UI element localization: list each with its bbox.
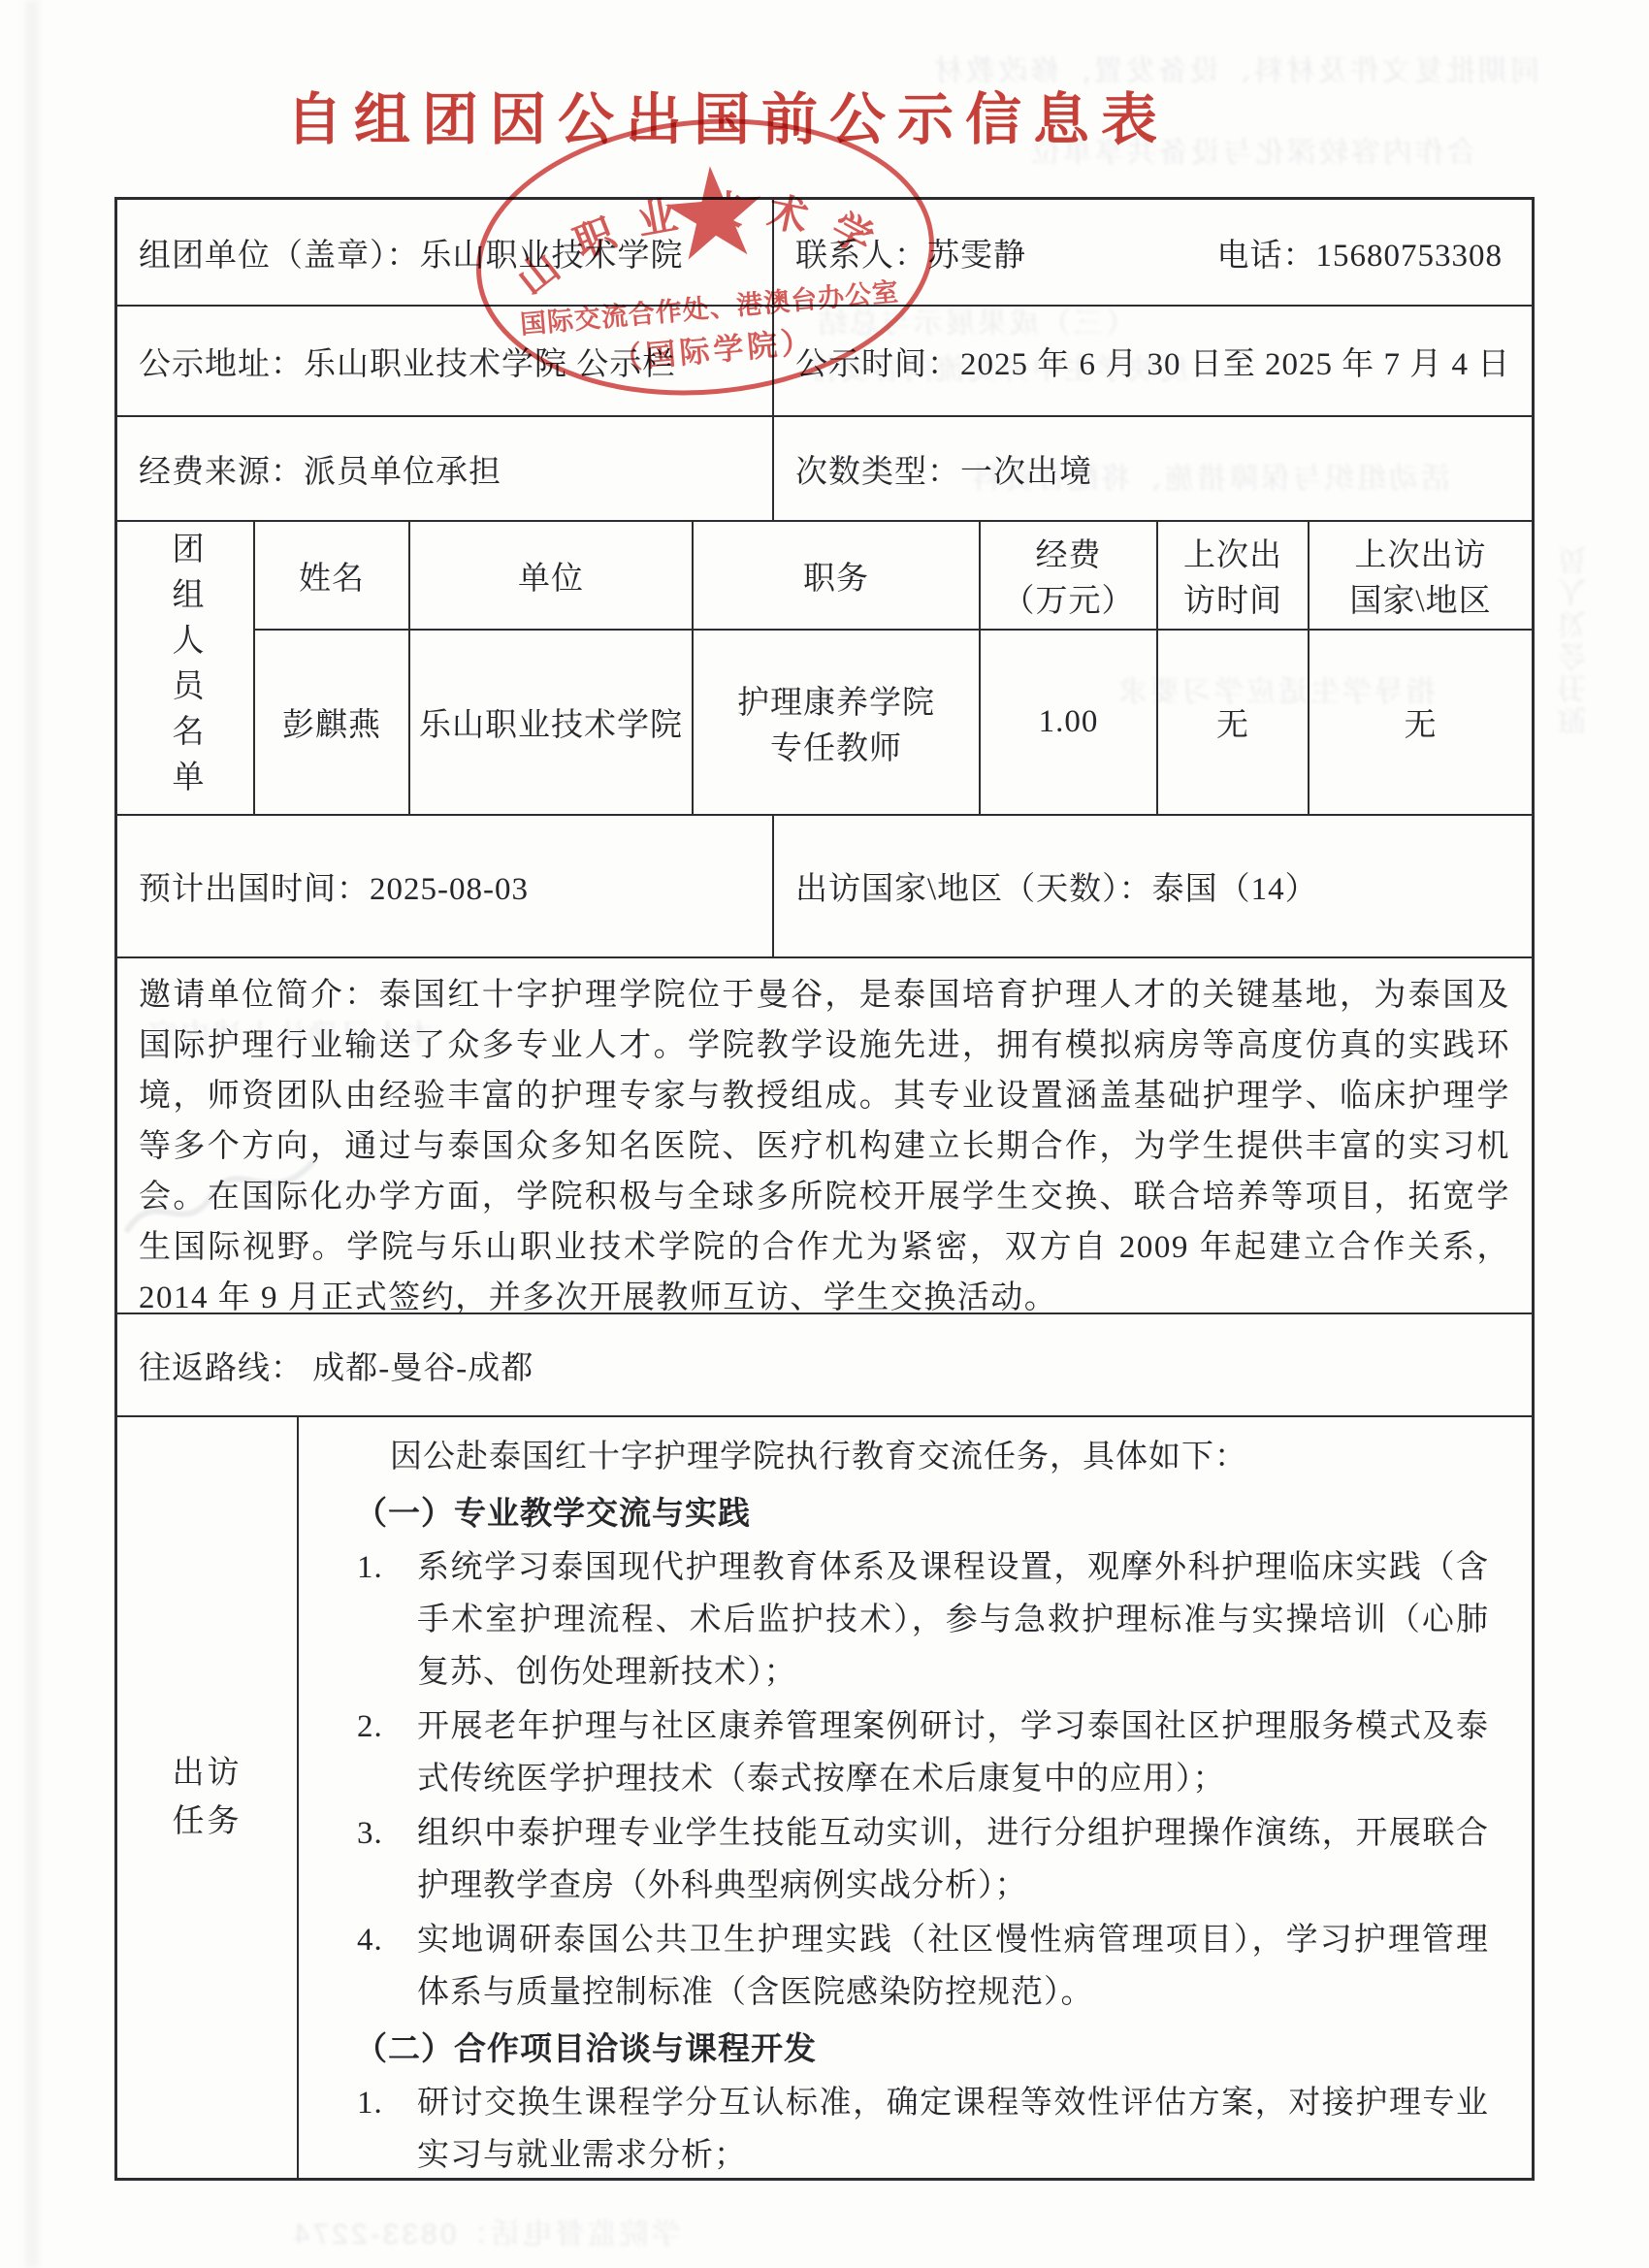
task-item-number: 1. (351, 2077, 417, 2178)
cell-last-visit: 无 (1158, 631, 1309, 814)
task-item: 1. 研讨交换生课程学分互认标准，确定课程等效性评估方案，对接护理专业实习与就业… (351, 2077, 1489, 2178)
task-item-number: 3. (351, 1807, 417, 1912)
task-item-text: 系统学习泰国现代护理教育体系及课程设置，观摩外科护理临床实践（含手术室护理流程、… (417, 1541, 1489, 1699)
depart-time-cell: 预计出国时间：2025-08-03 (117, 816, 774, 956)
tasks-intro: 因公赴泰国红十字护理学院执行教育交流任务，具体如下： (390, 1431, 1489, 1483)
task-item-number: 2. (351, 1701, 417, 1805)
task-item-number: 4. (351, 1914, 417, 2019)
publicity-address-text: 公示地址：乐山职业技术学院 公示栏 (139, 339, 675, 384)
tasks-section-heading: （二）合作项目洽谈与课程开发 (355, 2023, 1489, 2075)
inviter-intro-row: 邀请单位简介：泰国红十字护理学院位于曼谷，是泰国培育护理人才的关键基地，为泰国及… (117, 958, 1532, 1314)
publicity-time-cell: 公示时间：2025 年 6 月 30 日至 2025 年 7 月 4 日 (774, 307, 1532, 415)
team-row-label: 团组人员名单 (117, 522, 255, 814)
bleedthrough-text: 现任会议人员 (1546, 543, 1589, 735)
cell-name: 彭麒燕 (255, 631, 410, 814)
header-unit: 单位 (410, 522, 694, 629)
tasks-row-label: 出访任务 (117, 1417, 299, 2178)
task-item: 1. 系统学习泰国现代护理教育体系及课程设置，观摩外科护理临床实践（含手术室护理… (351, 1541, 1489, 1699)
contact-cell: 联系人：苏雯静 电话：15680753308 (774, 200, 1532, 305)
team-columns: 姓名 单位 职务 经费 （万元） 上次出 访时间 上次出访 国家\地区 彭麒燕 … (255, 522, 1532, 814)
task-item: 2. 开展老年护理与社区康养管理案例研讨，学习泰国社区护理服务模式及泰式传统医学… (351, 1701, 1489, 1805)
destination-cell: 出访国家\地区（天数）：泰国（14） (774, 816, 1532, 956)
tasks-row: 出访任务 因公赴泰国红十字护理学院执行教育交流任务，具体如下： （一）专业教学交… (117, 1417, 1532, 2178)
org-unit-cell: 组团单位（盖章）：乐山职业技术学院 (117, 200, 774, 305)
publicity-address-cell: 公示地址：乐山职业技术学院 公示栏 (117, 307, 774, 415)
scanned-document-page: 同期批复文件及材料、设备发置，修改教材 合作内容较深化与设备共享单位 （三）成果… (0, 0, 1649, 2268)
table-row: 经费来源：派员单位承担 次数类型：一次出境 (117, 417, 1532, 522)
cell-unit: 乐山职业技术学院 (410, 631, 694, 814)
cell-position: 护理康养学院专任教师 (694, 631, 981, 814)
schedule-row: 预计出国时间：2025-08-03 出访国家\地区（天数）：泰国（14） (117, 816, 1532, 958)
task-item-text: 实地调研泰国公共卫生护理实践（社区慢性病管理项目），学习护理管理体系与质量控制标… (417, 1914, 1489, 2019)
cell-budget: 1.00 (981, 631, 1158, 814)
team-table-row: 团组人员名单 姓名 单位 职务 经费 （万元） 上次出 访时间 上次出访 国家\… (117, 522, 1532, 816)
route-text: 往返路线： 成都-曼谷-成都 (117, 1314, 1532, 1415)
task-item-text: 组织中泰护理专业学生技能互动实训，进行分组护理操作演练，开展联合护理教学查房（外… (417, 1807, 1489, 1912)
page-title: 自组团因公出国前公示信息表 (114, 74, 1341, 155)
publicity-time-text: 公示时间：2025 年 6 月 30 日至 2025 年 7 月 4 日 (795, 339, 1510, 384)
org-unit-text: 组团单位（盖章）：乐山职业技术学院 (139, 230, 684, 275)
header-name: 姓名 (255, 522, 410, 629)
header-last-visit: 上次出 访时间 (1158, 522, 1309, 629)
team-header-row: 姓名 单位 职务 经费 （万元） 上次出 访时间 上次出访 国家\地区 (255, 522, 1532, 631)
table-row: 公示地址：乐山职业技术学院 公示栏 公示时间：2025 年 6 月 30 日至 … (117, 307, 1532, 417)
scan-edge-shadow (25, 0, 39, 2268)
contact-phone-text: 电话：15680753308 (1217, 230, 1503, 275)
form-table: 组团单位（盖章）：乐山职业技术学院 联系人：苏雯静 电话：15680753308… (114, 197, 1535, 2181)
task-item-number: 1. (351, 1541, 417, 1699)
tasks-section-heading: （一）专业教学交流与实践 (355, 1487, 1489, 1539)
cell-last-country: 无 (1309, 631, 1532, 814)
bleedthrough-text: 学院监督电话：0833-2274 (291, 2210, 680, 2252)
task-item-text: 研讨交换生课程学分互认标准，确定课程等效性评估方案，对接护理专业实习与就业需求分… (417, 2077, 1489, 2178)
funding-source-cell: 经费来源：派员单位承担 (117, 417, 774, 520)
funding-source-text: 经费来源：派员单位承担 (139, 446, 501, 492)
trip-type-text: 次数类型：一次出境 (795, 446, 1092, 492)
team-data-row: 彭麒燕 乐山职业技术学院 护理康养学院专任教师 1.00 无 无 (255, 631, 1532, 814)
tasks-content: 因公赴泰国红十字护理学院执行教育交流任务，具体如下： （一）专业教学交流与实践 … (299, 1417, 1532, 2178)
task-item: 4. 实地调研泰国公共卫生护理实践（社区慢性病管理项目），学习护理管理体系与质量… (351, 1914, 1489, 2019)
task-item-text: 开展老年护理与社区康养管理案例研讨，学习泰国社区护理服务模式及泰式传统医学护理技… (417, 1701, 1489, 1805)
header-budget: 经费 （万元） (981, 522, 1158, 629)
header-last-country: 上次出访 国家\地区 (1309, 522, 1532, 629)
depart-time-text: 预计出国时间：2025-08-03 (139, 863, 529, 909)
table-row: 组团单位（盖章）：乐山职业技术学院 联系人：苏雯静 电话：15680753308 (117, 200, 1532, 307)
route-row: 往返路线： 成都-曼谷-成都 (117, 1314, 1532, 1417)
trip-type-cell: 次数类型：一次出境 (774, 417, 1532, 520)
inviter-intro-text: 邀请单位简介：泰国红十字护理学院位于曼谷，是泰国培育护理人才的关键基地，为泰国及… (117, 958, 1532, 1312)
contact-person-text: 联系人：苏雯静 (795, 230, 1026, 275)
destination-text: 出访国家\地区（天数）：泰国（14） (795, 863, 1318, 909)
task-item: 3. 组织中泰护理专业学生技能互动实训，进行分组护理操作演练，开展联合护理教学查… (351, 1807, 1489, 1912)
header-position: 职务 (694, 522, 981, 629)
